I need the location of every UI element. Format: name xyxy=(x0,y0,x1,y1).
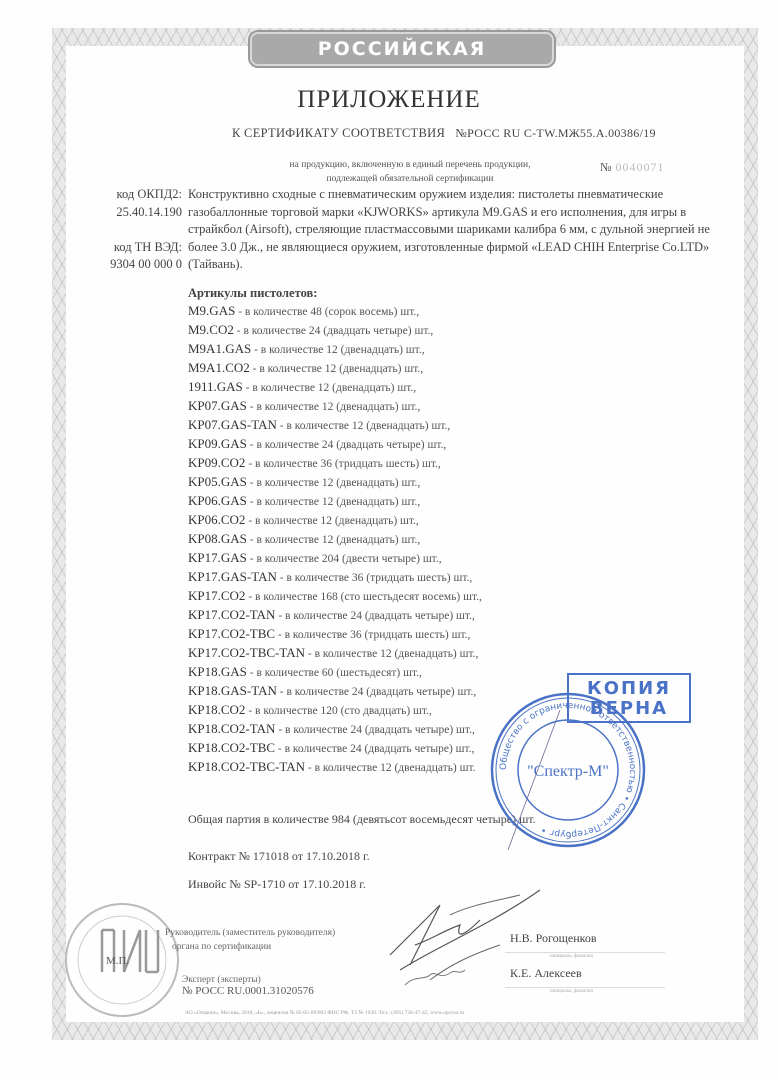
article-quantity-text: - в количестве 24 (двадцать четыре) шт., xyxy=(275,743,474,755)
article-code: KP18.CO2-TBC xyxy=(188,740,275,755)
blank-number: № 0040071 xyxy=(600,160,664,175)
article-quantity-text: - в количестве 12 (двенадцать) шт., xyxy=(277,420,450,432)
tnved-value: 9304 00 000 0 xyxy=(86,256,182,274)
copy-verified-stamp: КОПИЯ ВЕРНА xyxy=(567,673,691,723)
seal-label: М.П. xyxy=(106,955,129,967)
article-quantity-text: - в количестве 24 (двадцать четыре) шт., xyxy=(275,724,474,736)
article-quantity-text: - в количестве 48 (сорок восемь) шт., xyxy=(235,306,419,318)
article-code: KP17.CO2 xyxy=(188,588,245,603)
article-code: KP18.CO2 xyxy=(188,702,245,717)
article-item: KP18.CO2 - в количестве 120 (сто двадцат… xyxy=(188,701,482,720)
article-code: KP17.GAS-TAN xyxy=(188,569,277,584)
article-quantity-text: - в количестве 36 (тридцать шесть) шт., xyxy=(245,458,440,470)
article-code: KP09.CO2 xyxy=(188,455,245,470)
article-code: KP17.CO2-TBC-TAN xyxy=(188,645,305,660)
article-item: KP18.CO2-TAN - в количестве 24 (двадцать… xyxy=(188,720,482,739)
article-code: KP05.GAS xyxy=(188,474,247,489)
article-item: M9.CO2 - в количестве 24 (двадцать четыр… xyxy=(188,321,482,340)
article-item: KP07.GAS-TAN - в количестве 12 (двенадца… xyxy=(188,416,482,435)
head-role-2: органа по сертификации xyxy=(172,942,271,952)
printer-footer: АО «Опцион», Москва, 2018, «Б», лицензия… xyxy=(185,1010,464,1016)
article-code: M9A1.GAS xyxy=(188,341,251,356)
article-item: KP17.CO2-TBC-TAN - в количестве 12 (двен… xyxy=(188,644,482,663)
article-item: KP18.GAS-TAN - в количестве 24 (двадцать… xyxy=(188,682,482,701)
article-quantity-text: - в количестве 36 (тридцать шесть) шт., xyxy=(275,629,470,641)
article-item: 1911.GAS - в количестве 12 (двенадцать) … xyxy=(188,378,482,397)
article-code: 1911.GAS xyxy=(188,379,243,394)
article-code: KP17.GAS xyxy=(188,550,247,565)
certification-note: на продукцию, включенную в единый перече… xyxy=(210,158,610,186)
tnved-label: код ТН ВЭД: xyxy=(86,239,182,257)
article-code: KP07.GAS xyxy=(188,398,247,413)
document-title: ПРИЛОЖЕНИЕ xyxy=(0,86,778,114)
article-item: KP08.GAS - в количестве 12 (двенадцать) … xyxy=(188,530,482,549)
article-item: KP18.CO2-TBC-TAN - в количестве 12 (двен… xyxy=(188,758,482,777)
article-quantity-text: - в количестве 12 (двенадцать) шт., xyxy=(247,496,420,508)
article-item: KP17.CO2-TAN - в количестве 24 (двадцать… xyxy=(188,606,482,625)
article-quantity-text: - в количестве 12 (двенадцать) шт., xyxy=(243,382,416,394)
article-quantity-text: - в количестве 12 (двенадцать) шт. xyxy=(305,762,475,774)
article-item: KP07.GAS - в количестве 12 (двенадцать) … xyxy=(188,397,482,416)
article-item: KP17.CO2-TBC - в количестве 36 (тридцать… xyxy=(188,625,482,644)
articles-heading: Артикулы пистолетов: xyxy=(188,286,317,301)
article-item: M9A1.GAS - в количестве 12 (двенадцать) … xyxy=(188,340,482,359)
article-code: KP09.GAS xyxy=(188,436,247,451)
blank-number-value: 0040071 xyxy=(615,160,664,174)
article-item: KP09.CO2 - в количестве 36 (тридцать шес… xyxy=(188,454,482,473)
article-item: KP06.GAS - в количестве 12 (двенадцать) … xyxy=(188,492,482,511)
expert-registration: № РОСС RU.0001.31020576 xyxy=(182,985,314,997)
head-role: Руководитель (заместитель руководителя) xyxy=(165,928,335,938)
article-quantity-text: - в количестве 12 (двенадцать) шт., xyxy=(247,477,420,489)
article-quantity-text: - в количестве 24 (двадцать четыре) шт., xyxy=(277,686,476,698)
article-quantity-text: - в количестве 12 (двенадцать) шт., xyxy=(251,344,424,356)
article-item: KP09.GAS - в количестве 24 (двадцать чет… xyxy=(188,435,482,454)
invoice-line: Инвойс № SP-1710 от 17.10.2018 г. xyxy=(188,877,366,892)
article-quantity-text: - в количестве 12 (двенадцать) шт., xyxy=(305,648,478,660)
article-quantity-text: - в количестве 120 (сто двадцать) шт., xyxy=(245,705,431,717)
article-code: KP08.GAS xyxy=(188,531,247,546)
article-item: KP06.CO2 - в количестве 12 (двенадцать) … xyxy=(188,511,482,530)
okpd2-value: 25.40.14.190 xyxy=(86,204,182,222)
certificate-subtitle: К СЕРТИФИКАТУ СООТВЕТСТВИЯ №РОСС RU С-TW… xyxy=(232,126,656,141)
note-line-2: подлежащей обязательной сертификации xyxy=(210,172,610,186)
article-item: KP17.CO2 - в количестве 168 (сто шестьде… xyxy=(188,587,482,606)
article-quantity-text: - в количестве 36 (тридцать шесть) шт., xyxy=(277,572,472,584)
article-quantity-text: - в количестве 24 (двадцать четыре) шт., xyxy=(275,610,474,622)
article-code: KP18.GAS xyxy=(188,664,247,679)
article-code: KP18.CO2-TAN xyxy=(188,721,275,736)
articles-list: M9.GAS - в количестве 48 (сорок восемь) … xyxy=(188,302,482,777)
article-code: M9.CO2 xyxy=(188,322,234,337)
article-quantity-text: - в количестве 12 (двенадцать) шт., xyxy=(250,363,423,375)
contract-line: Контракт № 171018 от 17.10.2018 г. xyxy=(188,849,370,864)
article-item: KP18.CO2-TBC - в количестве 24 (двадцать… xyxy=(188,739,482,758)
note-line-1: на продукцию, включенную в единый перече… xyxy=(210,158,610,172)
okpd2-label: код ОКПД2: xyxy=(86,186,182,204)
article-quantity-text: - в количестве 12 (двенадцать) шт., xyxy=(247,401,420,413)
article-item: M9.GAS - в количестве 48 (сорок восемь) … xyxy=(188,302,482,321)
article-item: KP17.GAS-TAN - в количестве 36 (тридцать… xyxy=(188,568,482,587)
subtitle-text: К СЕРТИФИКАТУ СООТВЕТСТВИЯ xyxy=(232,126,445,140)
product-description: Конструктивно сходные с пневматическим о… xyxy=(188,186,718,274)
copy-stamp-line-1: КОПИЯ xyxy=(569,679,689,699)
total-batch: Общая партия в количестве 984 (девятьсот… xyxy=(188,812,536,827)
article-code: KP18.CO2-TBC-TAN xyxy=(188,759,305,774)
article-quantity-text: - в количестве 204 (двести четыре) шт., xyxy=(247,553,442,565)
article-item: KP18.GAS - в количестве 60 (шестьдесят) … xyxy=(188,663,482,682)
handwritten-signatures xyxy=(370,885,550,1005)
article-code: M9A1.CO2 xyxy=(188,360,250,375)
copy-stamp-line-2: ВЕРНА xyxy=(569,699,689,719)
article-code: KP17.CO2-TAN xyxy=(188,607,275,622)
article-item: KP17.GAS - в количестве 204 (двести четы… xyxy=(188,549,482,568)
article-code: KP06.CO2 xyxy=(188,512,245,527)
blank-number-label: № xyxy=(600,160,612,174)
classification-codes: код ОКПД2: 25.40.14.190 код ТН ВЭД: 9304… xyxy=(86,186,182,274)
article-code: KP17.CO2-TBC xyxy=(188,626,275,641)
article-code: KP06.GAS xyxy=(188,493,247,508)
article-quantity-text: - в количестве 60 (шестьдесят) шт., xyxy=(247,667,422,679)
expert-role: Эксперт (эксперты) xyxy=(182,975,261,985)
article-quantity-text: - в количестве 168 (сто шестьдесят восем… xyxy=(245,591,481,603)
article-quantity-text: - в количестве 12 (двенадцать) шт., xyxy=(247,534,420,546)
article-code: KP07.GAS-TAN xyxy=(188,417,277,432)
article-item: M9A1.CO2 - в количестве 12 (двенадцать) … xyxy=(188,359,482,378)
article-code: KP18.GAS-TAN xyxy=(188,683,277,698)
article-code: M9.GAS xyxy=(188,303,235,318)
article-quantity-text: - в количестве 24 (двадцать четыре) шт., xyxy=(247,439,446,451)
certificate-number: №РОСС RU С-TW.МЖ55.А.00386/19 xyxy=(455,126,655,140)
article-item: KP05.GAS - в количестве 12 (двенадцать) … xyxy=(188,473,482,492)
article-quantity-text: - в количестве 12 (двенадцать) шт., xyxy=(245,515,418,527)
article-quantity-text: - в количестве 24 (двадцать четыре) шт., xyxy=(234,325,433,337)
country-banner: РОССИЙСКАЯ ФЕДЕРАЦИЯ xyxy=(250,32,554,66)
